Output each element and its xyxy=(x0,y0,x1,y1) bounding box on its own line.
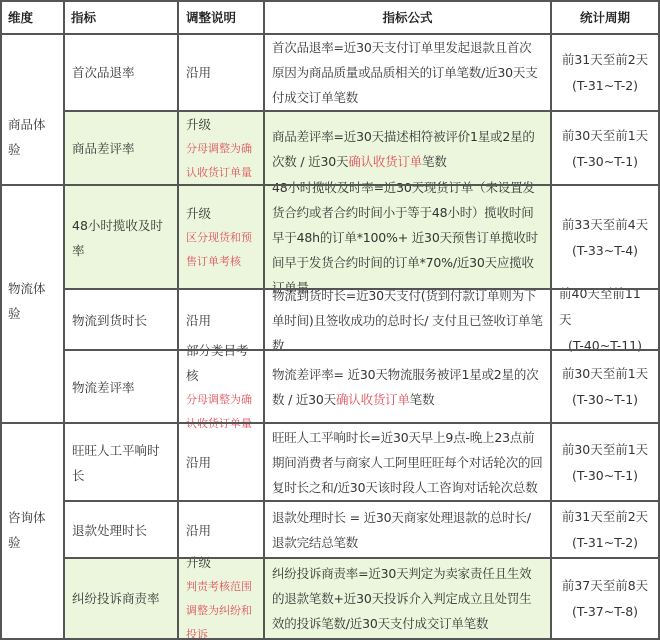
period-code: (T-31~T-2) xyxy=(572,530,638,556)
adjustment-product-bad-review: 升级 分母调整为确认收货订单量 xyxy=(178,112,264,185)
dimension-product: 商品体验 xyxy=(0,122,63,152)
grid-line xyxy=(63,557,660,559)
formula-highlight: 确认收货订单 xyxy=(348,154,422,169)
period-range: 前30天至前1天 xyxy=(562,123,648,149)
adjustment-wangwang-response: 沿用 xyxy=(178,424,264,501)
grid-line xyxy=(63,500,660,502)
formula-delivery-duration: 物流到货时长=近30天支付(货到付款订单则为下单时间)且签收成功的总时长/ 支付… xyxy=(264,290,551,350)
period-range: 前37天至前8天 xyxy=(562,573,648,599)
header-indicator: 指标 xyxy=(63,0,178,34)
formula-refund-duration: 退款处理时长 = 近30天商家处理退款的总时长/退款完结总笔数 xyxy=(264,502,551,558)
grid-line xyxy=(63,110,660,112)
grid-line xyxy=(0,0,660,2)
adjustment-48h-pickup: 升级 区分现货和预售订单考核 xyxy=(178,186,264,289)
period-code: (T-30~T-1) xyxy=(572,149,638,175)
period-refund-duration: 前31天至前2天 (T-31~T-2) xyxy=(551,502,659,558)
period-wangwang-response: 前30天至前1天 (T-30~T-1) xyxy=(551,424,659,501)
period-code: (T-37~T-8) xyxy=(572,599,638,625)
indicator-delivery-duration: 物流到货时长 xyxy=(64,290,178,350)
adjustment-label: 部分类目考核 xyxy=(186,338,256,388)
adjustment-note: 分母调整为确认收货订单量 xyxy=(186,137,256,185)
grid-line xyxy=(263,0,265,640)
indicator-logistics-bad-review: 物流差评率 xyxy=(64,351,178,423)
header-adjustment: 调整说明 xyxy=(178,0,264,34)
period-48h-pickup: 前33天至前4天 (T-33~T-4) xyxy=(551,186,659,289)
adjustment-note: 区分现货和预售订单考核 xyxy=(186,226,256,274)
indicator-dispute-rate: 纠纷投诉商责率 xyxy=(64,559,178,638)
period-range: 前33天至前4天 xyxy=(562,212,648,238)
formula-dispute-rate: 纠纷投诉商责率=近30天判定为卖家责任且生效的退款笔数+近30天投诉介入判定成立… xyxy=(264,559,551,638)
header-period: 统计周期 xyxy=(551,0,659,34)
formula-48h-pickup: 48小时揽收及时率=近30天现货订单（未设置发货合约或者合约时间小于等于48小时… xyxy=(264,186,551,289)
adjustment-label: 升级 xyxy=(186,201,211,226)
adjustment-note: 判责考核范围调整为纠纷和投诉 xyxy=(186,575,256,640)
indicator-product-bad-review: 商品差评率 xyxy=(64,112,178,185)
period-range: 前30天至前1天 xyxy=(562,361,648,387)
formula-text: 物流差评率= 近30天物流服务被评1星或2星的次数 / 近30天确认收货订单笔数 xyxy=(272,362,543,412)
adjustment-dispute-rate: 升级 判责考核范围调整为纠纷和投诉 xyxy=(178,559,264,638)
grid-line xyxy=(0,422,660,424)
period-code: (T-31~T-2) xyxy=(572,73,638,99)
grid-line xyxy=(0,184,660,186)
adjustment-label: 升级 xyxy=(186,550,211,575)
formula-wangwang-response: 旺旺人工平响时长=近30天早上9点-晚上23点前期间消费者与商家人工阿里旺旺每个… xyxy=(264,424,551,501)
dimension-logistics: 物流体验 xyxy=(0,286,63,316)
dimension-consult: 咨询体验 xyxy=(0,515,63,545)
period-code: (T-33~T-4) xyxy=(572,238,638,264)
adjustment-logistics-bad-review: 部分类目考核 分母调整为确认收货订单量 xyxy=(178,351,264,423)
grid-line xyxy=(63,288,660,290)
period-product-bad-review: 前30天至前1天 (T-30~T-1) xyxy=(551,112,659,185)
indicator-48h-pickup: 48小时揽收及时率 xyxy=(64,186,178,289)
period-delivery-duration: 前40天至前11天 (T-40~T-11) xyxy=(551,290,659,350)
adjustment-label: 升级 xyxy=(186,112,211,137)
period-first-return-rate: 前31天至前2天 (T-31~T-2) xyxy=(551,34,659,111)
period-code: (T-30~T-1) xyxy=(572,463,638,489)
header-dimension: 维度 xyxy=(0,0,63,34)
period-dispute-rate: 前37天至前8天 (T-37~T-8) xyxy=(551,559,659,638)
indicator-first-return-rate: 首次品退率 xyxy=(64,34,178,111)
period-logistics-bad-review: 前30天至前1天 (T-30~T-1) xyxy=(551,351,659,423)
formula-highlight: 确认收货订单 xyxy=(336,392,410,407)
period-range: 前31天至前2天 xyxy=(562,47,648,73)
formula-first-return-rate: 首次品退率=近30天支付订单里发起退款且首次原因为商品质量或品质相关的订单笔数/… xyxy=(264,34,551,111)
period-range: 前30天至前1天 xyxy=(562,437,648,463)
grid-line xyxy=(63,349,660,351)
metrics-table: 维度 指标 调整说明 指标公式 统计周期 商品体验 物流体验 咨询体验 首次品退… xyxy=(0,0,660,640)
grid-line xyxy=(63,0,65,640)
grid-line xyxy=(177,0,179,640)
period-code: (T-30~T-1) xyxy=(572,387,638,413)
indicator-wangwang-response: 旺旺人工平响时长 xyxy=(64,424,178,501)
formula-text: 商品差评率=近30天描述相符被评价1星或2星的次数 / 近30天确认收货订单笔数 xyxy=(272,124,543,174)
formula-logistics-bad-review: 物流差评率= 近30天物流服务被评1星或2星的次数 / 近30天确认收货订单笔数 xyxy=(264,351,551,423)
adjustment-first-return-rate: 沿用 xyxy=(178,34,264,111)
grid-line xyxy=(0,0,2,640)
grid-line xyxy=(550,0,552,640)
header-formula: 指标公式 xyxy=(264,0,551,34)
period-range: 前31天至前2天 xyxy=(562,504,648,530)
grid-line xyxy=(0,33,660,35)
indicator-refund-duration: 退款处理时长 xyxy=(64,502,178,558)
